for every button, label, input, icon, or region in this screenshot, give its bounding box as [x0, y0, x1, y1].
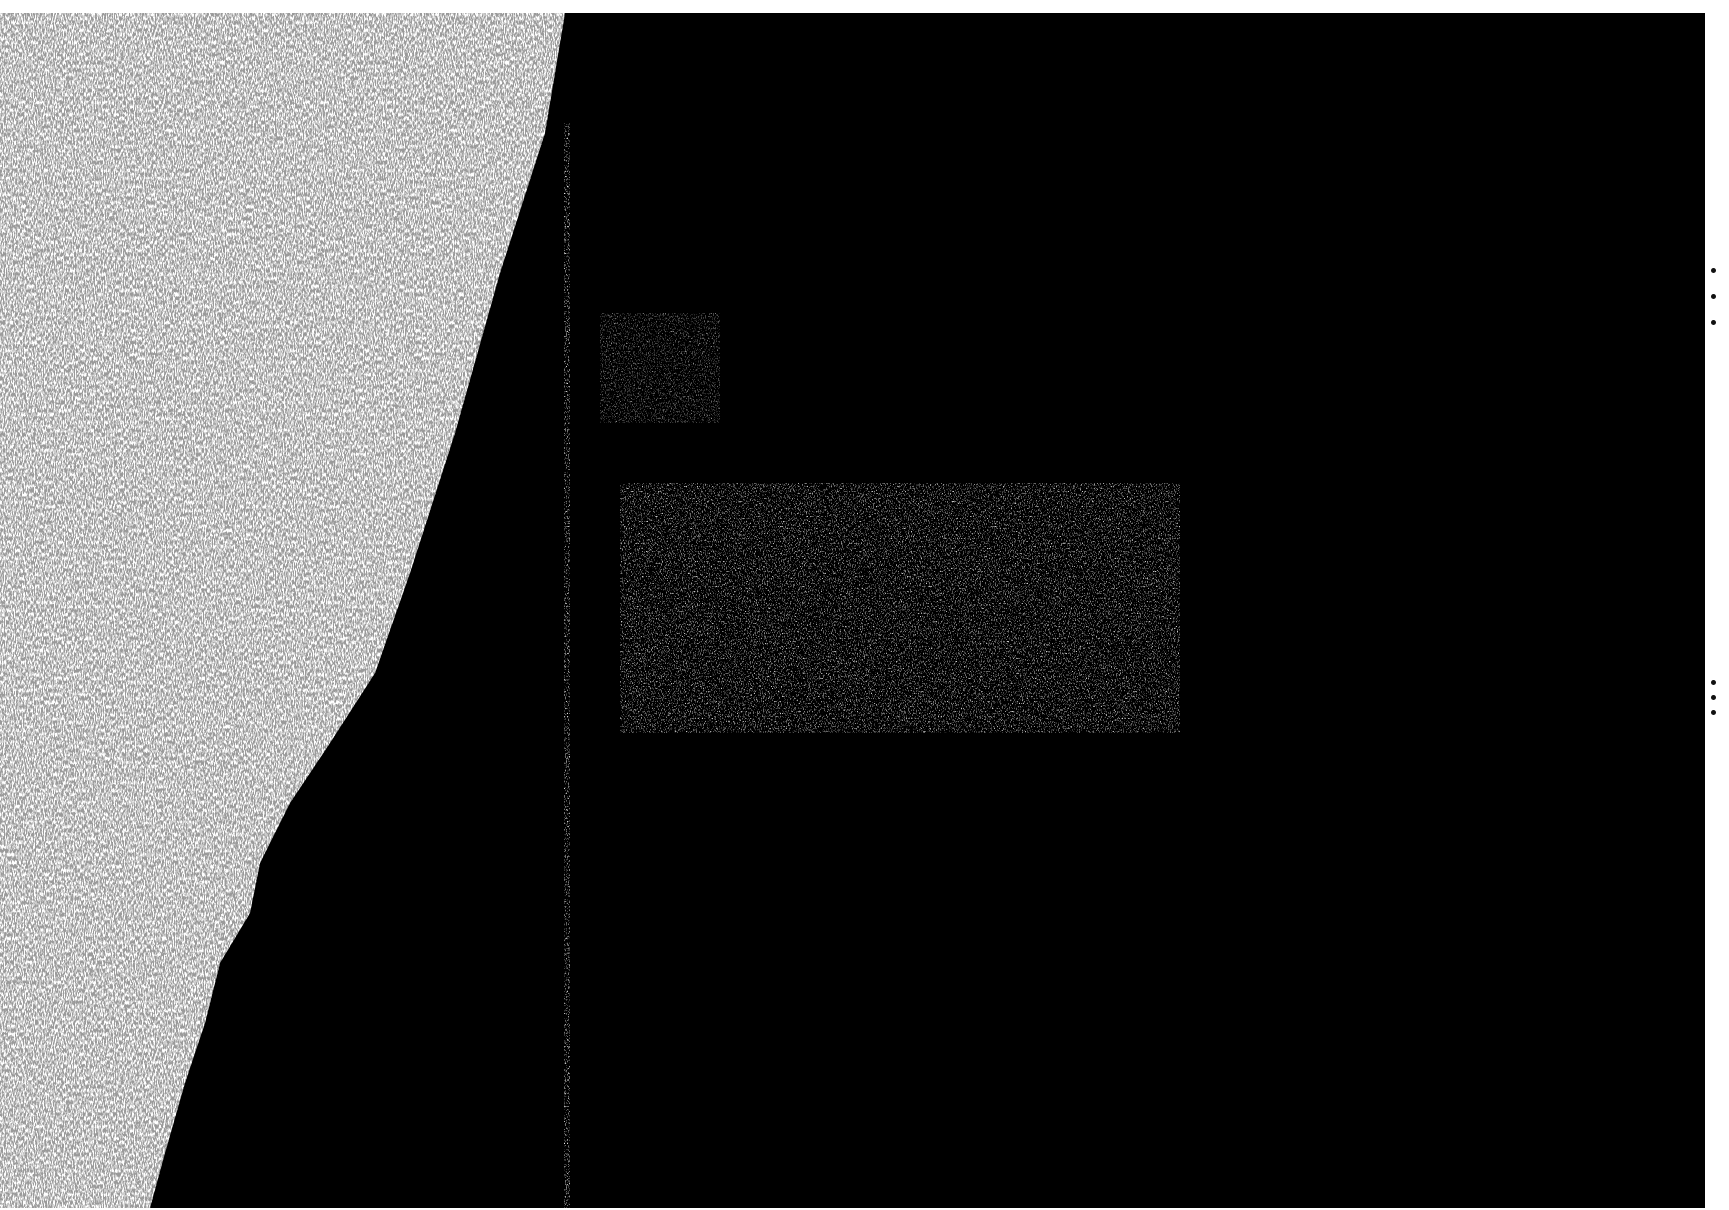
scan-speck	[1711, 680, 1716, 685]
paper-margin	[1705, 0, 1729, 1210]
scanned-photograph	[0, 13, 1705, 1208]
scan-speck	[1711, 710, 1716, 715]
faint-structure-region	[600, 313, 1180, 733]
scan-speck	[1711, 268, 1716, 273]
scan-speck	[1711, 294, 1716, 299]
vertical-streak	[564, 123, 570, 1208]
rock-face-region	[0, 13, 600, 1208]
photo-texture	[0, 13, 1705, 1208]
scan-speck	[1711, 695, 1716, 700]
scan-speck	[1711, 320, 1716, 325]
